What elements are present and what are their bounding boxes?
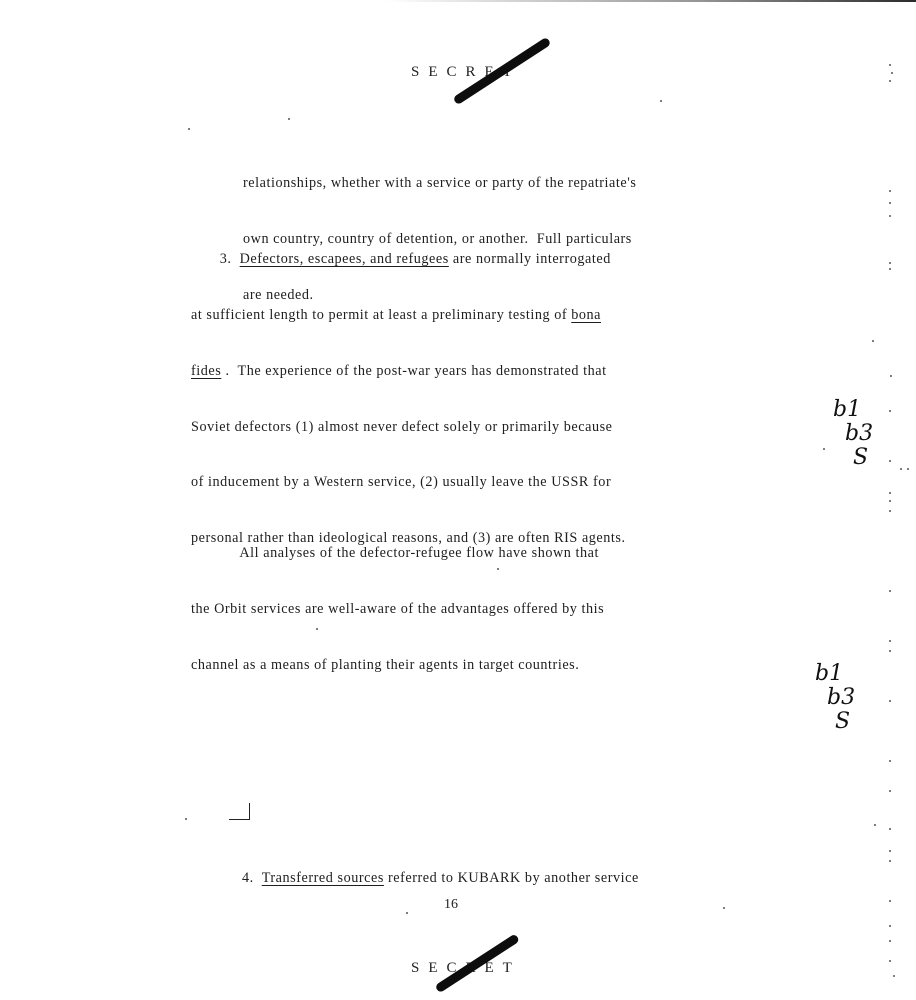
text-line: of inducement by a Western service, (2) … <box>191 473 626 492</box>
scan-speck <box>889 262 891 264</box>
scan-speck <box>890 375 892 377</box>
scan-speck <box>288 118 290 120</box>
scan-speck <box>891 72 893 74</box>
scan-speck <box>188 128 190 130</box>
paragraph-number: 4. <box>242 870 254 886</box>
text-line: fides . The experience of the post-war y… <box>191 362 626 381</box>
scan-speck <box>889 650 891 652</box>
scan-speck <box>889 860 891 862</box>
scan-speck <box>872 340 874 342</box>
scan-speck <box>406 912 408 914</box>
annotation-line: b1 <box>833 398 873 422</box>
scan-speck <box>723 907 725 909</box>
scan-speck <box>889 500 891 502</box>
scan-speck <box>889 460 891 462</box>
scan-speck <box>889 850 891 852</box>
scan-speck <box>889 828 891 830</box>
scan-speck <box>874 824 876 826</box>
scan-speck <box>889 190 891 192</box>
scan-speck <box>889 215 891 217</box>
paragraph-heading: Transferred sources <box>262 870 384 886</box>
scan-speck <box>889 760 891 762</box>
scan-speck <box>889 700 891 702</box>
annotation-line: S <box>853 446 873 470</box>
margin-annotation-exemption-1: b1 b3 S <box>833 398 873 470</box>
scan-speck <box>889 900 891 902</box>
scan-speck <box>889 790 891 792</box>
scan-speck <box>893 975 895 977</box>
annotation-line: b3 <box>827 686 855 710</box>
text-line: All analyses of the defector-refugee flo… <box>191 544 604 563</box>
text-line: at sufficient length to permit at least … <box>191 306 626 325</box>
scan-speck <box>889 202 891 204</box>
text-line: 3. Defectors, escapees, and refugees are… <box>191 250 626 269</box>
text-fragment: . The experience of the post-war years h… <box>221 363 606 379</box>
text-line: relationships, whether with a service or… <box>243 174 636 193</box>
text-fragment: at sufficient length to permit at least … <box>191 307 571 323</box>
scan-speck <box>889 80 891 82</box>
text-fragment: referred to KUBARK by another service <box>384 870 639 886</box>
scan-speck <box>185 818 187 820</box>
annotation-line: b3 <box>845 422 873 446</box>
underlined-term: bona <box>571 307 601 323</box>
scan-speck <box>907 468 909 470</box>
text-line: 4. Transferred sources referred to KUBAR… <box>242 869 639 888</box>
scan-speck <box>889 940 891 942</box>
scan-speck <box>889 64 891 66</box>
scan-speck <box>316 628 318 630</box>
annotation-line: S <box>835 710 855 734</box>
scan-speck <box>889 492 891 494</box>
text-line: the Orbit services are well-aware of the… <box>191 600 604 619</box>
scan-speck <box>889 925 891 927</box>
text-line: channel as a means of planting their age… <box>191 656 604 675</box>
paragraph-heading: Defectors, escapees, and refugees <box>240 251 449 267</box>
paragraph-number: 3. <box>220 251 232 267</box>
scan-speck <box>900 468 902 470</box>
underlined-term: fides <box>191 363 221 379</box>
redaction-bracket-mark <box>229 803 250 820</box>
scan-speck <box>889 960 891 962</box>
scan-speck <box>889 510 891 512</box>
scan-speck <box>889 268 891 270</box>
scan-speck <box>660 100 662 102</box>
text-fragment: are normally interrogated <box>449 251 611 267</box>
annotation-line: b1 <box>815 662 855 686</box>
scan-speck <box>889 410 891 412</box>
paragraph-transferred-sources: 4. Transferred sources referred to KUBAR… <box>242 832 639 925</box>
text-line: Soviet defectors (1) almost never defect… <box>191 418 626 437</box>
paragraph-analyses: All analyses of the defector-refugee flo… <box>191 507 604 712</box>
document-page: SECRET relationships, whether with a ser… <box>0 0 916 1000</box>
page-number: 16 <box>444 897 458 913</box>
scan-speck <box>823 448 825 450</box>
scan-speck <box>497 568 499 570</box>
scan-speck <box>889 590 891 592</box>
margin-annotation-exemption-2: b1 b3 S <box>815 662 855 734</box>
scan-edge-shadow <box>385 0 916 2</box>
scan-speck <box>889 640 891 642</box>
